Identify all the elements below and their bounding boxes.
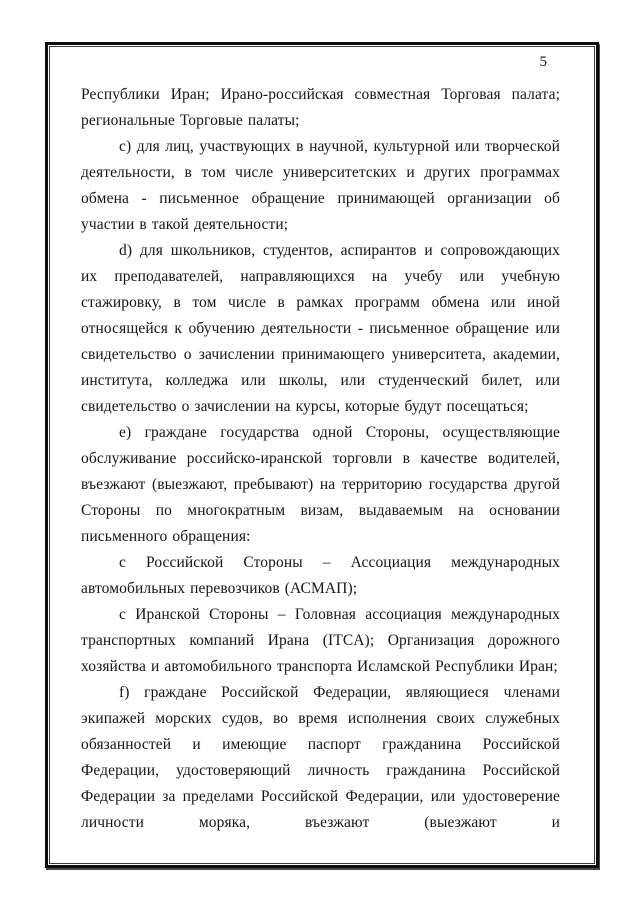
paragraph: e) граждане государства одной Стороны, о… (81, 420, 560, 550)
paragraph: с Иранской Стороны – Головная ассоциация… (81, 602, 560, 680)
paragraph: f) граждане Российской Федерации, являющ… (81, 680, 560, 836)
paragraph: c) для лиц, участвующих в научной, культ… (81, 134, 560, 238)
paragraph: d) для школьников, студентов, аспирантов… (81, 238, 560, 420)
paragraph: Республики Иран; Ирано-российская совмес… (81, 82, 560, 134)
paragraphs: Республики Иран; Ирано-российская совмес… (81, 82, 560, 836)
scanned-document-page: 5 Республики Иран; Ирано-российская совм… (0, 0, 640, 905)
page-border-frame: 5 Республики Иран; Ирано-российская совм… (45, 42, 599, 868)
page-content: 5 Республики Иран; Ирано-российская совм… (48, 45, 596, 865)
paragraph: с Российской Стороны – Ассоциация междун… (81, 550, 560, 602)
page-number: 5 (81, 50, 560, 74)
